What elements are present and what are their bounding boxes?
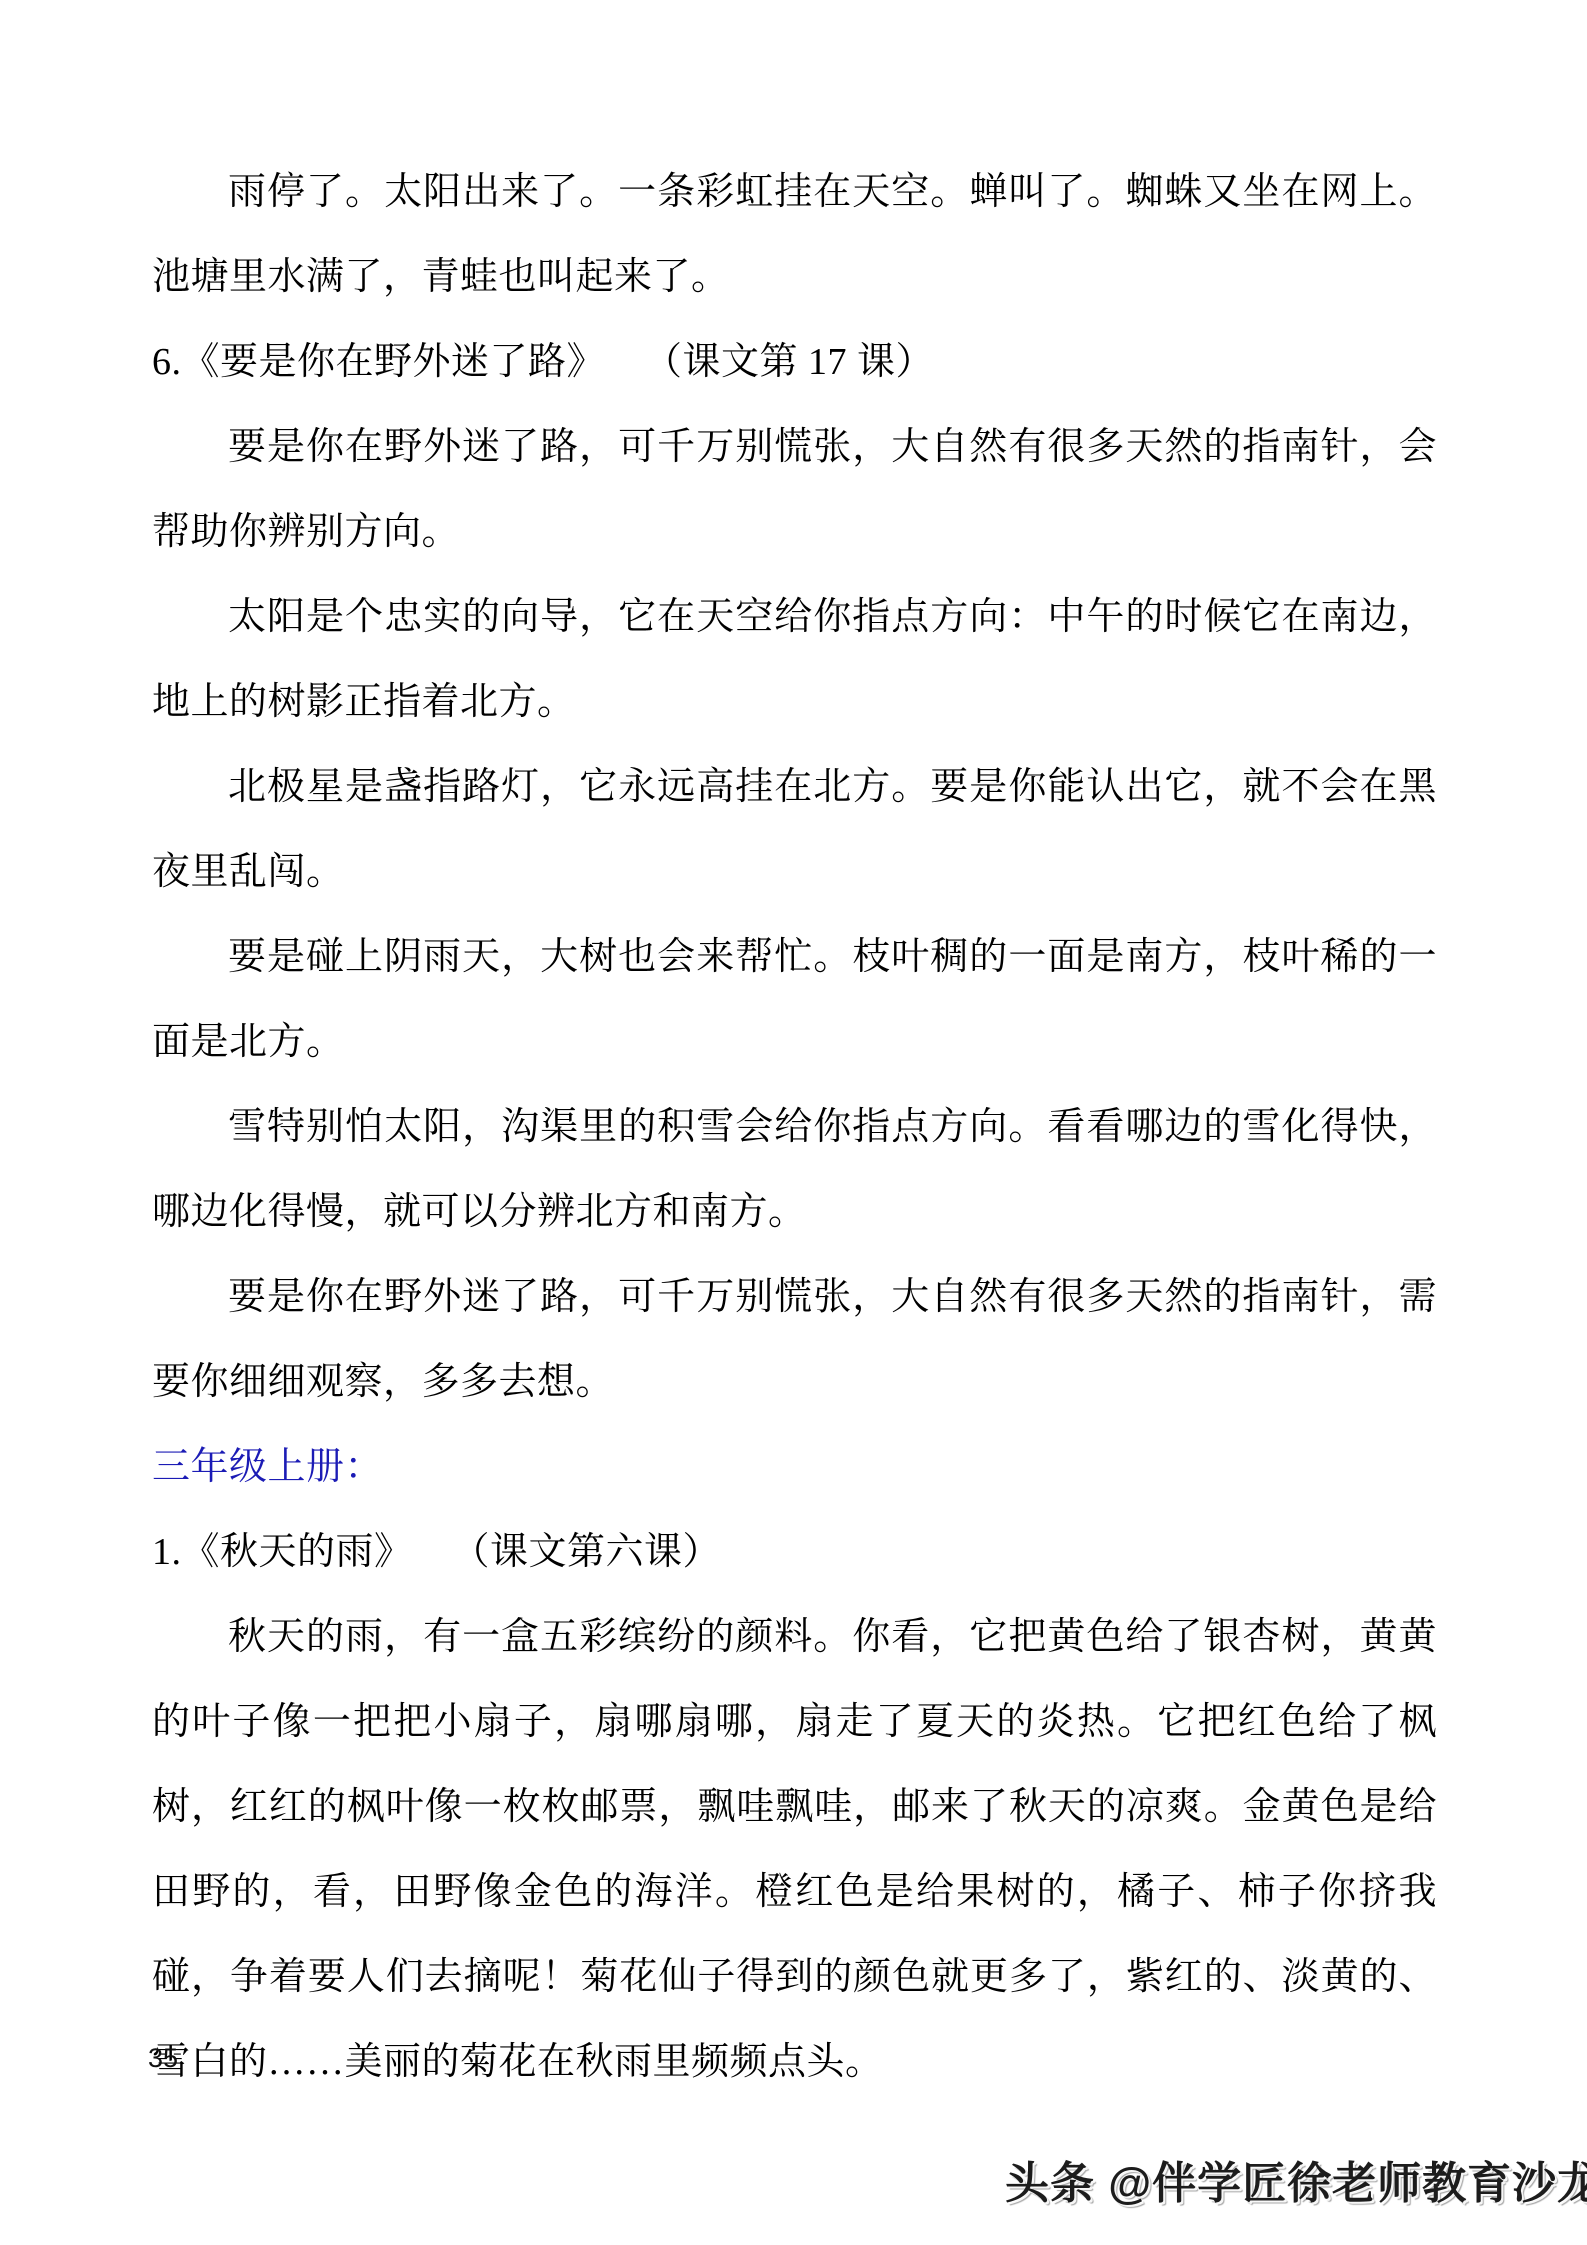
document-page: 雨停了。太阳出来了。一条彩虹挂在天空。蝉叫了。蜘蛛又坐在网上。池塘里水满了，青蛙…	[0, 0, 1587, 2245]
paragraph-snow-melt: 雪特别怕太阳，沟渠里的积雪会给你指点方向。看看哪边的雪化得快，哪边化得慢，就可以…	[152, 1085, 1437, 1255]
paragraph-lost-outdoors-intro: 要是你在野外迷了路，可千万别慌张，大自然有很多天然的指南针，会帮助你辨别方向。	[152, 405, 1437, 575]
paragraph-autumn-rain: 秋天的雨，有一盒五彩缤纷的颜料。你看，它把黄色给了银杏树，黄黄的叶子像一把把小扇…	[152, 1595, 1437, 2105]
watermark-text: 头条 @伴学匠徐老师教育沙龙	[1005, 2158, 1587, 2210]
grade-heading-third-grade: 三年级上册：	[152, 1425, 1437, 1510]
paragraph-north-star: 北极星是盏指路灯，它永远高挂在北方。要是你能认出它，就不会在黑夜里乱闯。	[152, 745, 1437, 915]
section-heading-lesson-6: 6.《要是你在野外迷了路》 （课文第 17 课）	[152, 320, 1437, 405]
paragraph-tree-branches: 要是碰上阴雨天，大树也会来帮忙。枝叶稠的一面是南方，枝叶稀的一面是北方。	[152, 915, 1437, 1085]
paragraph-lost-outdoors-closing: 要是你在野外迷了路，可千万别慌张，大自然有很多天然的指南针，需要你细细观察，多多…	[152, 1255, 1437, 1425]
section-heading-lesson-1: 1.《秋天的雨》 （课文第六课）	[152, 1510, 1437, 1595]
paragraph-sun-guide: 太阳是个忠实的向导，它在天空给你指点方向：中午的时候它在南边，地上的树影正指着北…	[152, 575, 1437, 745]
page-body: 雨停了。太阳出来了。一条彩虹挂在天空。蝉叫了。蜘蛛又坐在网上。池塘里水满了，青蛙…	[152, 0, 1437, 2105]
page-number: 35	[148, 2042, 178, 2074]
paragraph-rain-stopped: 雨停了。太阳出来了。一条彩虹挂在天空。蝉叫了。蜘蛛又坐在网上。池塘里水满了，青蛙…	[152, 150, 1437, 320]
